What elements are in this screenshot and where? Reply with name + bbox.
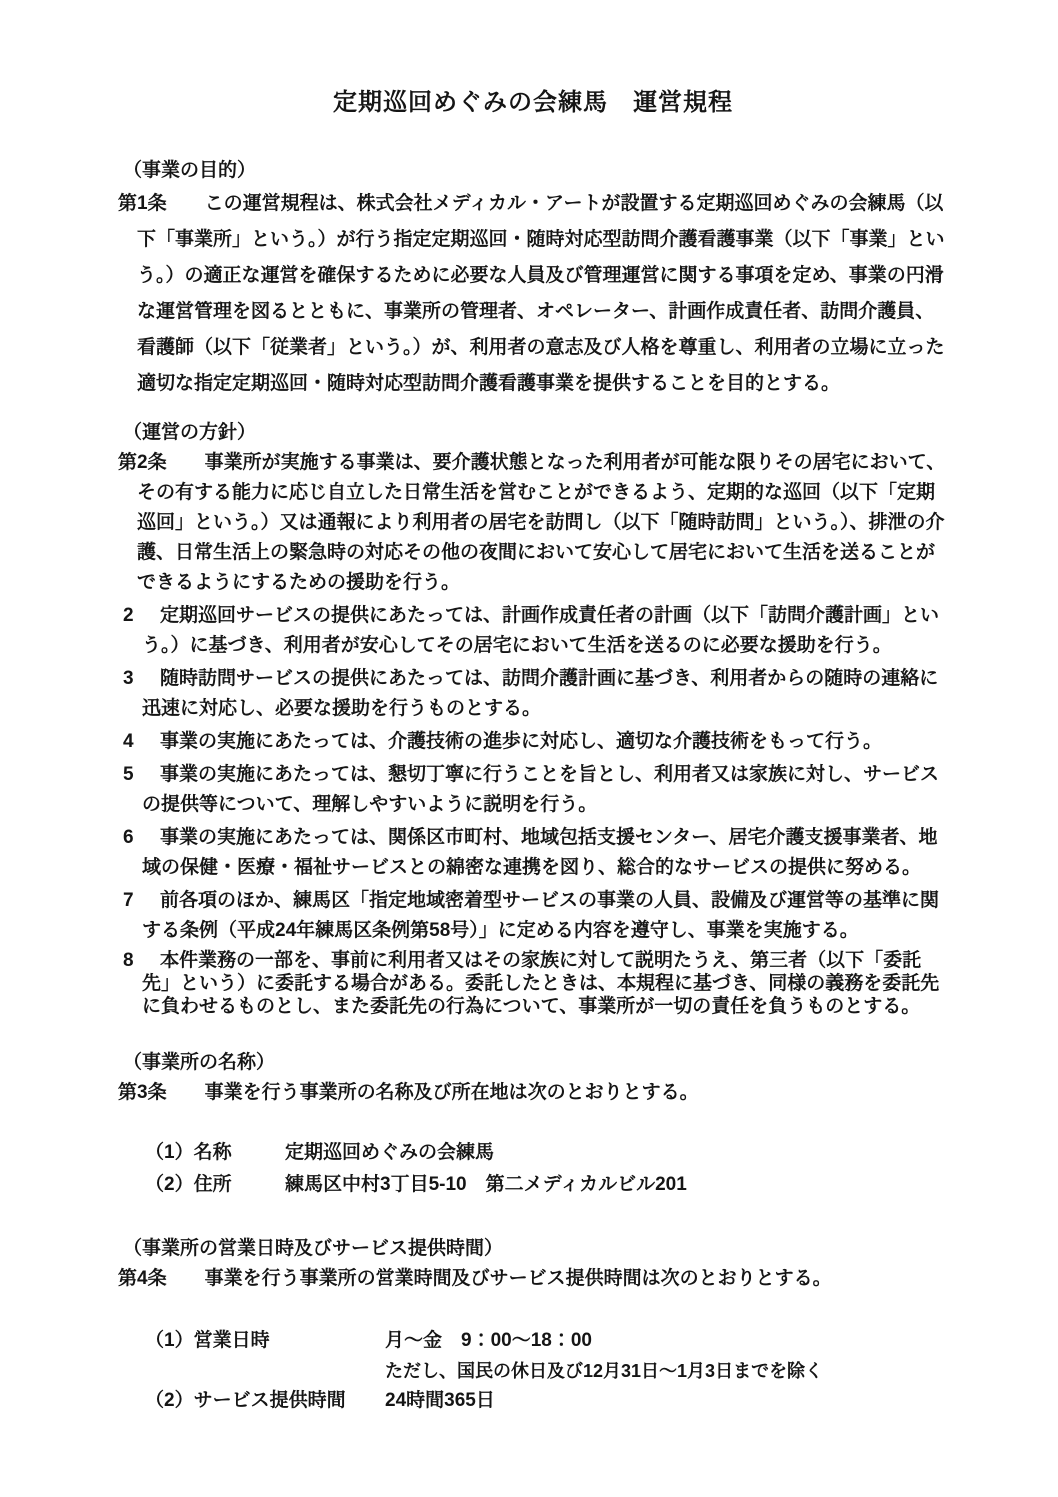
article-text: 事業を行う事業所の営業時間及びサービス提供時間は次のとおりとする。 (205, 1268, 832, 1289)
numbered-paragraph: 6事業の実施にあたっては、関係区市町村、地域包括支援センター、居宅介護支援事業者… (123, 823, 948, 883)
article-text: この運営規程は、株式会社メディカル・アートが設置する定期巡回めぐみの会練馬（以下… (137, 193, 945, 394)
article-number: 第3条 (118, 1082, 167, 1103)
paragraph-text: 本件業務の一部を、事前に利用者又はその家族に対して説明たうえ、第三者（以下「委託… (142, 950, 939, 1017)
paragraph-text: 事業の実施にあたっては、関係区市町村、地域包括支援センター、居宅介護支援事業者、… (142, 827, 937, 878)
document-page: 定期巡回めぐみの会練馬 運営規程 （事業の目的）第1条この運営規程は、株式会社メ… (0, 0, 1058, 1497)
section-heading: （事業所の営業日時及びサービス提供時間） (118, 1234, 948, 1264)
document-body: （事業の目的）第1条この運営規程は、株式会社メディカル・アートが設置する定期巡回… (118, 156, 948, 1416)
schedule-row: （2）サービス提供時間24時間365日 (145, 1386, 948, 1416)
document-title: 定期巡回めぐみの会練馬 運営規程 (118, 86, 948, 120)
numbered-paragraph: 5事業の実施にあたっては、懇切丁寧に行うことを旨とし、利用者又は家族に対し、サー… (123, 760, 948, 820)
schedule-row: （1）営業日時月～金 9：00～18：00ただし、国民の休日及び12月31日～1… (145, 1326, 948, 1386)
paragraph-number: 6 (123, 823, 160, 853)
paragraph-number: 5 (123, 760, 160, 790)
paragraph-text: 前各項のほか、練馬区「指定地域密着型サービスの事業の人員、設備及び運営等の基準に… (142, 890, 939, 941)
paragraph-number: 4 (123, 727, 160, 757)
section-heading: （運営の方針） (118, 418, 948, 448)
schedule-line: （1）営業日時月～金 9：00～18：00 (145, 1326, 948, 1356)
paragraph-number: 2 (123, 601, 160, 631)
schedule-value: 24時間365日 (385, 1390, 495, 1411)
article-paragraph: 第2条事業所が実施する事業は、要介護状態となった利用者が可能な限りその居宅におい… (118, 448, 948, 598)
paragraph-number: 7 (123, 886, 160, 916)
detail-label: （2）住所 (145, 1170, 257, 1200)
article-paragraph: 第4条事業を行う事業所の営業時間及びサービス提供時間は次のとおりとする。 (118, 1264, 948, 1294)
numbered-paragraph: 2定期巡回サービスの提供にあたっては、計画作成責任者の計画（以下「訪問介護計画」… (123, 601, 948, 661)
article-number: 第4条 (118, 1268, 167, 1289)
paragraph-text: 随時訪問サービスの提供にあたっては、訪問介護計画に基づき、利用者からの随時の連絡… (142, 668, 938, 719)
schedule-label: （2）サービス提供時間 (145, 1386, 385, 1416)
numbered-paragraph: 3随時訪問サービスの提供にあたっては、訪問介護計画に基づき、利用者からの随時の連… (123, 664, 948, 724)
numbered-paragraph: 7前各項のほか、練馬区「指定地域密着型サービスの事業の人員、設備及び運営等の基準… (123, 886, 948, 946)
detail-value: 練馬区中村3丁目5-10 第二メディカルビル201 (285, 1174, 687, 1195)
paragraph-number: 3 (123, 664, 160, 694)
schedule-note: ただし、国民の休日及び12月31日～1月3日までを除く (385, 1356, 948, 1386)
article-paragraph: 第3条事業を行う事業所の名称及び所在地は次のとおりとする。 (118, 1078, 948, 1108)
numbered-paragraph: 8本件業務の一部を、事前に利用者又はその家族に対して説明たうえ、第三者（以下「委… (123, 949, 948, 1018)
section-heading: （事業所の名称） (118, 1048, 948, 1078)
paragraph-text: 事業の実施にあたっては、懇切丁寧に行うことを旨とし、利用者又は家族に対し、サービ… (142, 764, 939, 815)
numbered-paragraph: 4事業の実施にあたっては、介護技術の進歩に対応し、適切な介護技術をもって行う。 (123, 727, 948, 757)
section-heading: （事業の目的） (118, 156, 948, 186)
detail-label: （1）名称 (145, 1138, 257, 1168)
schedule-value: 月～金 9：00～18：00 (385, 1330, 592, 1351)
article-paragraph: 第1条この運営規程は、株式会社メディカル・アートが設置する定期巡回めぐみの会練馬… (118, 186, 948, 402)
article-text: 事業所が実施する事業は、要介護状態となった利用者が可能な限りその居宅において、そ… (137, 452, 945, 593)
paragraph-text: 事業の実施にあたっては、介護技術の進歩に対応し、適切な介護技術をもって行う。 (160, 731, 882, 752)
article-number: 第1条 (118, 193, 167, 214)
schedule-label: （1）営業日時 (145, 1326, 385, 1356)
article-text: 事業を行う事業所の名称及び所在地は次のとおりとする。 (205, 1082, 699, 1103)
schedule-line: （2）サービス提供時間24時間365日 (145, 1386, 948, 1416)
detail-row: （2）住所練馬区中村3丁目5-10 第二メディカルビル201 (145, 1170, 948, 1200)
article-number: 第2条 (118, 452, 167, 473)
paragraph-number: 8 (123, 949, 160, 972)
detail-row: （1）名称定期巡回めぐみの会練馬 (145, 1138, 948, 1168)
paragraph-text: 定期巡回サービスの提供にあたっては、計画作成責任者の計画（以下「訪問介護計画」と… (142, 605, 939, 656)
detail-value: 定期巡回めぐみの会練馬 (285, 1142, 494, 1163)
